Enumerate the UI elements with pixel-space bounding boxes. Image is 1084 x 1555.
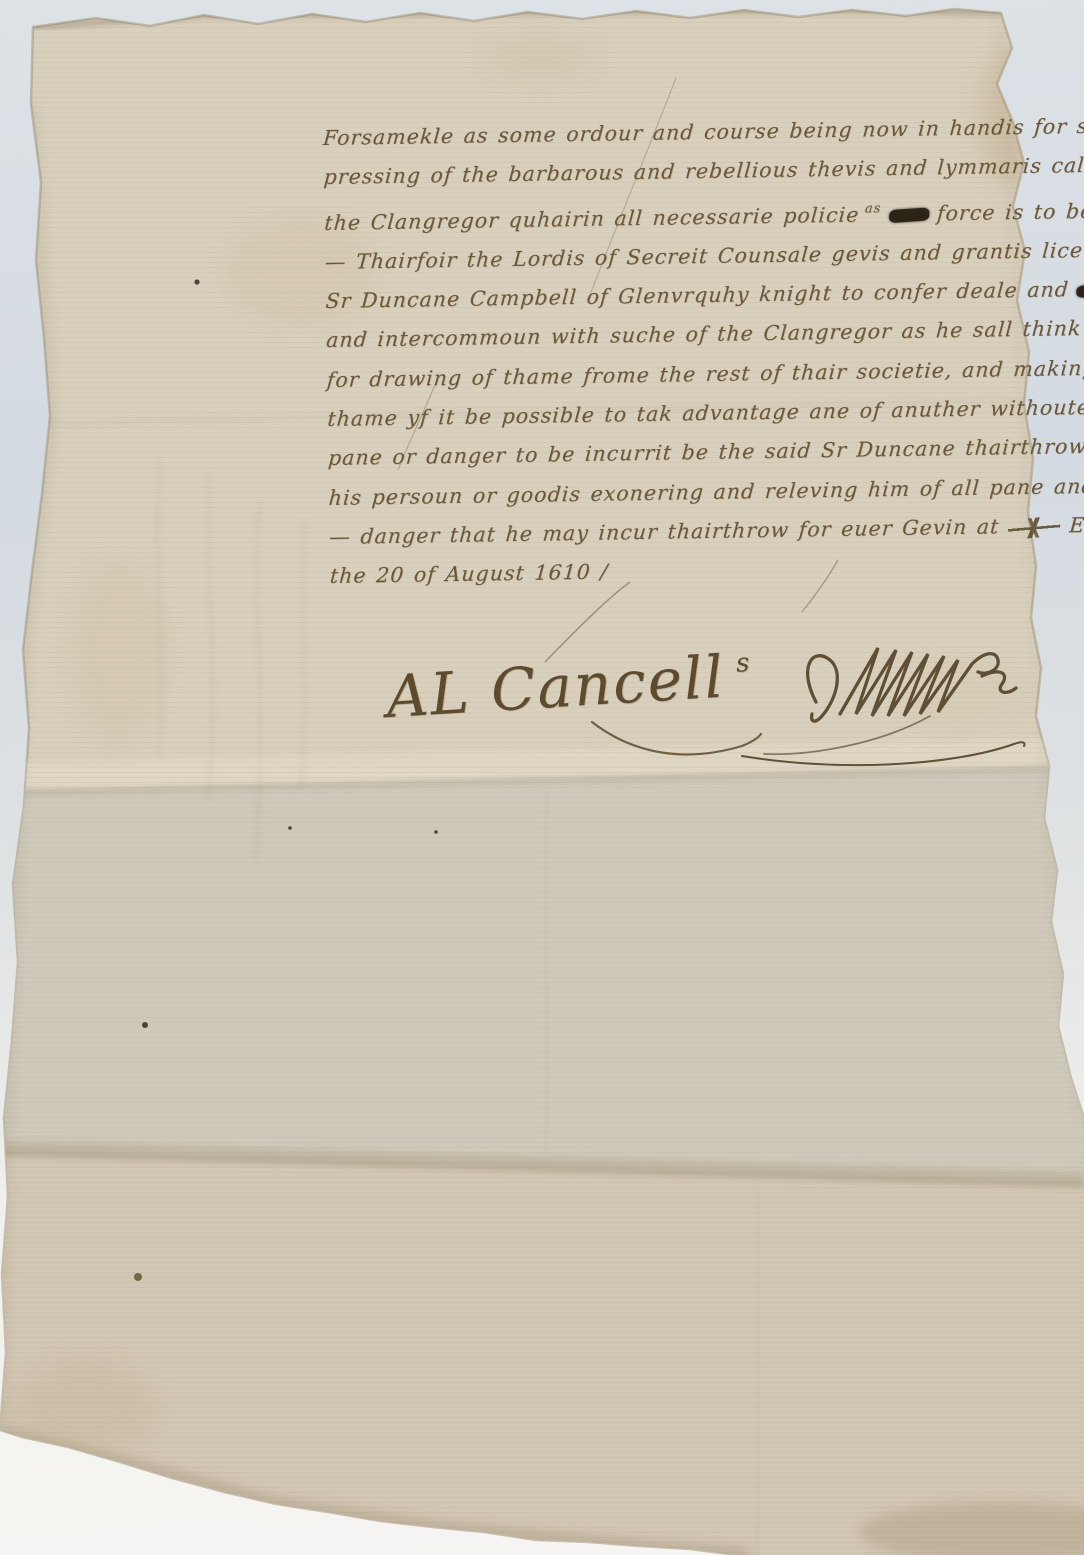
manuscript-text: Forsamekle as some ordour and course bei… [321, 107, 1068, 596]
photo-of-document: Forsamekle as some ordour and course bei… [0, 0, 1084, 1555]
struck-out-place [1008, 515, 1060, 539]
interlinear-insertion: as [863, 189, 882, 229]
ink-blot [889, 207, 929, 223]
